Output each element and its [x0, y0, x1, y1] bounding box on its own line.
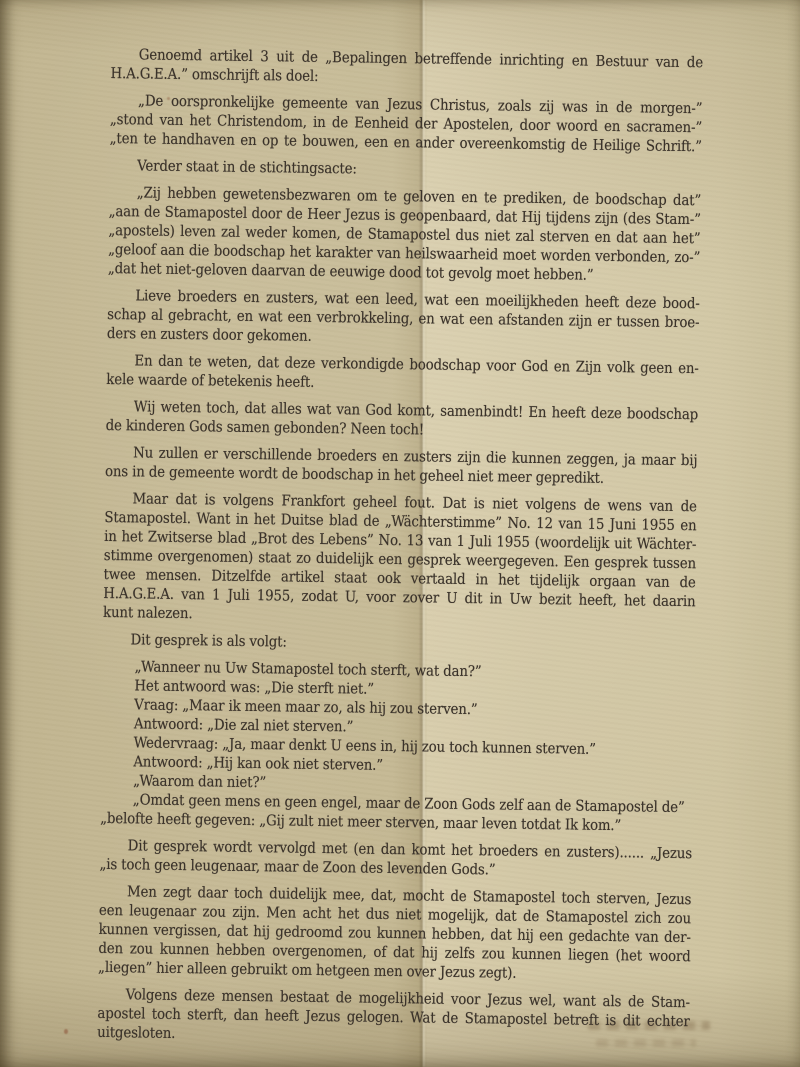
paragraph: Dit gesprek is als volgt:: [103, 630, 761, 658]
paragraph: En dan te weten, dat deze verkondigde bo…: [106, 351, 764, 398]
text-line: Dit gesprek is als volgt:: [103, 630, 695, 657]
document-body: Genoemd artikel 3 uit de „Bepalingen bet…: [97, 45, 769, 1051]
paragraph: Maar dat is volgens Frankfort geheel fou…: [103, 489, 763, 631]
paper-speck: [64, 1029, 68, 1034]
paragraph: Men zegt daar toch duidelijk mee, dat, m…: [98, 882, 757, 986]
paragraph: Genoemd artikel 3 uit de „Bepalingen bet…: [110, 45, 768, 92]
paragraph: Verder staat in de stichtingsacte:: [109, 156, 767, 184]
paragraph: Dit gesprek wordt vervolgd met (en dan k…: [99, 836, 757, 883]
paragraph: Lieve broeders en zusters, wat een leed,…: [107, 286, 766, 352]
paragraph: „De oorspronkelijke gemeente van Jezus C…: [110, 91, 769, 157]
paragraph: „Wanneer nu Uw Stamapostel toch sterft, …: [100, 657, 760, 837]
paragraph: Wij weten toch, dat alles wat van God ko…: [106, 397, 764, 444]
text-line: Verder staat in de stichtingsacte:: [109, 156, 701, 183]
scanned-letter-page: Genoemd artikel 3 uit de „Bepalingen bet…: [0, 0, 800, 1067]
paragraph: „Zij hebben gewetensbezwaren om te gelov…: [108, 183, 767, 287]
paragraph: Nu zullen er verschillende broeders en z…: [105, 443, 763, 490]
paragraph: Volgens deze mensen bestaat de mogelijkh…: [97, 985, 756, 1051]
